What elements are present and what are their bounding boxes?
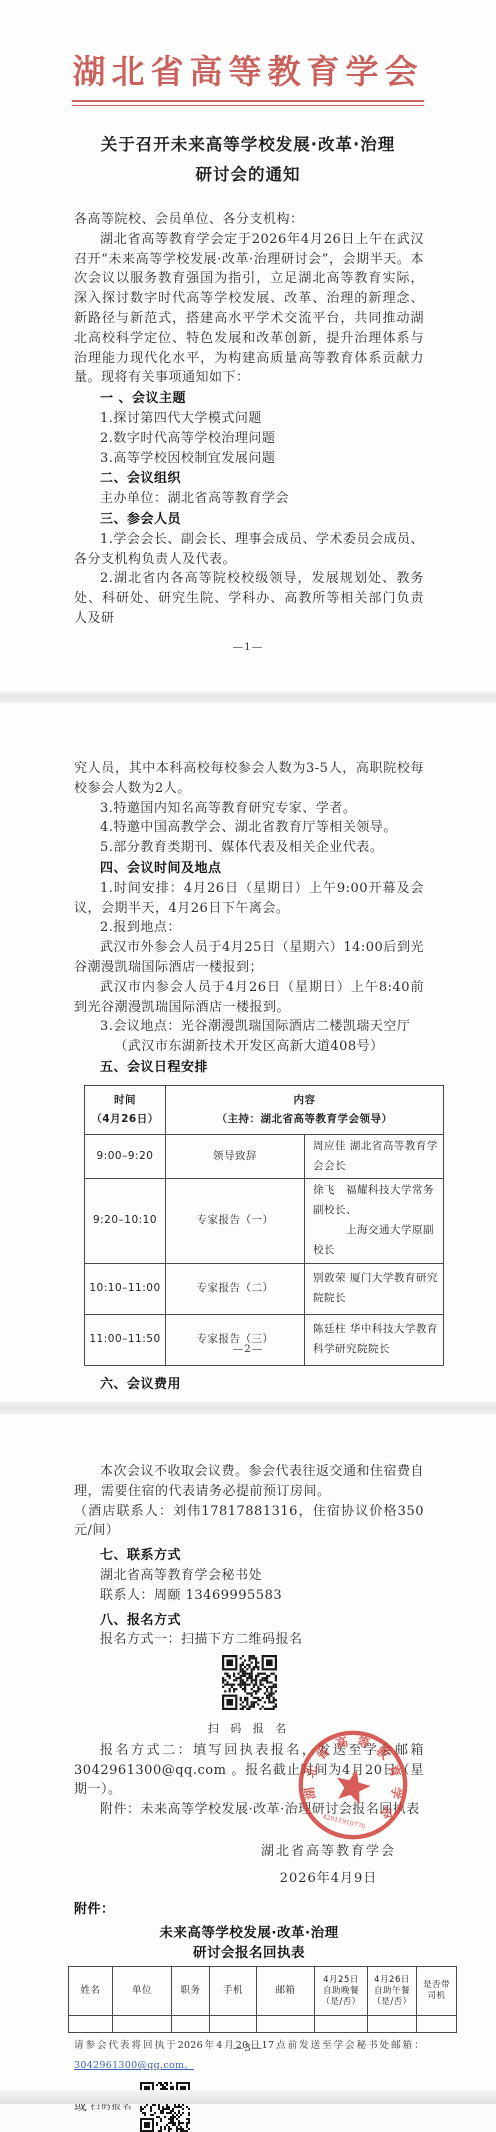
section4-item: 武汉市内参会人员于4月26日（星期日）上午8:40前到光谷潮漫凯瑞国际酒店一楼报…	[74, 978, 424, 1018]
schedule-header-time: 时间 （4月26日）	[85, 1085, 166, 1134]
schedule-row: 9:00–9:20 领导致辞 周应佳 湖北省高等教育学会会长	[85, 1134, 444, 1179]
scanned-notice-document: { "colors": { "masthead_red": "#c9605c",…	[0, 0, 496, 2104]
schedule-item: 专家报告（三）	[166, 1314, 305, 1365]
attachment-label: 附件：	[74, 1900, 424, 1920]
section3-item: 4.特邀中国高教学会、湖北省教育厅等相关领导。	[74, 818, 424, 838]
page-number-2: —2—	[0, 1343, 496, 1355]
schedule-speaker: 徐飞 福耀科技大学常务副校长、 上海交通大学原副校长	[305, 1179, 444, 1263]
attachment-title-line2: 研讨会报名回执表	[74, 1943, 424, 1963]
section4-item: 1.时间安排：4月26日（星期日）上午9:00开幕及会议，会期半天，4月26日下…	[74, 879, 424, 919]
reply-cell	[69, 2016, 113, 2033]
section3-item: 1.学会会长、副会长、理事会成员、学术委员会成员、各分支机构负责人及代表。	[74, 530, 424, 570]
reply-cell	[315, 2016, 368, 2033]
schedule-row: 11:00–11:50 专家报告（三） 陈廷柱 华中科技大学教育科学研究院院长	[85, 1314, 444, 1365]
intro-paragraph: 湖北省高等教育学会定于2026年4月26日上午在武汉召开“未来高等学校发展·改革…	[74, 230, 424, 388]
schedule-item: 专家报告（一）	[166, 1179, 305, 1263]
section1-item: 3.高等学校因校制宜发展问题	[74, 449, 424, 469]
signature-org: 湖北省高等教育学会	[261, 1842, 396, 1862]
reply-cell	[257, 2016, 315, 2033]
section6-heading: 六、会议费用	[74, 1375, 424, 1395]
section4-address: （武汉市东湖新技术开发区高新大道408号）	[74, 1037, 424, 1057]
reply-cell	[210, 2016, 257, 2033]
page3-body: 本次会议不收取会议费。参会代表往返交通和住宿费自理，需要住宿的代表请务必提前预订…	[74, 1462, 424, 2132]
schedule-item: 领导致辞	[166, 1134, 305, 1179]
schedule-time: 9:20–10:10	[85, 1179, 166, 1263]
section3-item: 5.部分教育类期刊、媒体代表及相关企业代表。	[74, 838, 424, 858]
signature-block: 湖北省高等教育学会 2026年4月9日	[74, 1842, 396, 1889]
signup-method1: 报名方式一：扫描下方二维码报名	[74, 1630, 424, 1650]
qr-code	[222, 1655, 277, 1710]
schedule-speaker: 陈廷柱 华中科技大学教育科学研究院院长	[305, 1314, 444, 1365]
page-1: 湖北省高等教育学会 关于召开未来高等学校发展·改革·治理 研讨会的通知 各高等院…	[0, 0, 496, 691]
section4-item: 3.会议地点：光谷潮漫凯瑞国际酒店二楼凯瑞天空厅	[74, 1017, 424, 1037]
section7-heading: 七、联系方式	[74, 1546, 424, 1566]
page-2: 究人员，其中本科高校每校参会人数为3-5人，高职院校每校参会人数为2人。 3.特…	[0, 703, 496, 1402]
scan-edge-shadow	[0, 2090, 496, 2104]
reply-header-row: 姓名 单位 职务 手机 邮箱 4月25日 自助晚餐 （是/否） 4月26日 自助…	[69, 1967, 457, 2016]
schedule-item: 专家报告（二）	[166, 1263, 305, 1314]
schedule-speaker: 别敦荣 厦门大学教育研究院院长	[305, 1263, 444, 1314]
reply-header-lunch: 4月26日 自助午餐 （是/否）	[368, 1967, 417, 2016]
signup-method2: 报名方式二：填写回执表报名，发送至学会邮箱3042961300@qq.com 。…	[74, 1741, 424, 1800]
contact-person: 联系人：周颐 13469995583	[74, 1586, 424, 1606]
schedule-time: 9:00–9:20	[85, 1134, 166, 1179]
page1-body: 各高等院校、会员单位、各分支机构： 湖北省高等教育学会定于2026年4月26日上…	[74, 210, 424, 629]
schedule-row: 9:20–10:10 专家报告（一） 徐飞 福耀科技大学常务副校长、 上海交通大…	[85, 1179, 444, 1263]
salutation: 各高等院校、会员单位、各分支机构：	[74, 210, 424, 230]
signature-date: 2026年4月9日	[261, 1869, 396, 1889]
notice-title: 关于召开未来高等学校发展·改革·治理 研讨会的通知	[0, 130, 496, 190]
fees-paragraph: 本次会议不收取会议费。参会代表往返交通和住宿费自理，需要住宿的代表请务必提前预订…	[74, 1462, 424, 1502]
reply-header-name: 姓名	[69, 1967, 113, 2016]
reply-cell	[113, 2016, 172, 2033]
page2-body: 究人员，其中本科高校每校参会人数为3-5人，高职院校每校参会人数为2人。 3.特…	[74, 759, 424, 1394]
section1-heading: 一 、会议主题	[74, 389, 424, 409]
section3-item-part1: 2.湖北省内各高等院校校级领导，发展规划处、教务处、科研处、研究生院、学科办、高…	[74, 569, 424, 628]
page-3: 本次会议不收取会议费。参会代表往返交通和住宿费自理，需要住宿的代表请务必提前预订…	[0, 1414, 496, 2090]
schedule-table: 时间 （4月26日） 内容 （主持：湖北省高等教育学会领导） 9:00–9:20…	[84, 1085, 444, 1366]
reply-cell	[172, 2016, 210, 2033]
section1-item: 1.探讨第四代大学模式问题	[74, 409, 424, 429]
page-separator	[0, 1402, 496, 1414]
hotel-note: （酒店联系人：刘伟17817881316，住宿协议价格350元/间）	[74, 1502, 424, 1542]
reply-empty-row	[69, 2016, 457, 2033]
contact-office: 湖北省高等教育学会秘书处	[74, 1566, 424, 1586]
notice-title-line1: 关于召开未来高等学校发展·改革·治理	[0, 130, 496, 160]
qr-label: 扫 码 报 名	[74, 1719, 424, 1739]
signup-qr-block: 扫 码 报 名	[74, 1655, 424, 1739]
section3-item: 3.特邀国内知名高等教育研究专家、学者。	[74, 799, 424, 819]
section3-heading: 三、参会人员	[74, 510, 424, 530]
masthead-org-name: 湖北省高等教育学会	[0, 0, 496, 93]
schedule-speaker: 周应佳 湖北省高等教育学会会长	[305, 1134, 444, 1179]
reply-cell	[417, 2016, 457, 2033]
page-number-3: —3—	[0, 2042, 496, 2054]
page-number-1: —1—	[0, 641, 496, 653]
section4-item: 武汉市外参会人员于4月25日（星期六）14:00后到光谷潮漫凯瑞国际酒店一楼报到…	[74, 938, 424, 978]
reply-header-driver: 是否带 司机	[417, 1967, 457, 2016]
page-separator	[0, 691, 496, 703]
attachment-title: 未来高等学校发展·改革·治理 研讨会报名回执表	[74, 1923, 424, 1963]
reply-header-position: 职务	[172, 1967, 210, 2016]
schedule-time: 11:00–11:50	[85, 1314, 166, 1365]
email-link[interactable]: 3042961300@qq.com。	[74, 2060, 194, 2071]
reply-header-unit: 单位	[113, 1967, 172, 2016]
section8-heading: 八、报名方式	[74, 1611, 424, 1631]
schedule-row: 10:10–11:00 专家报告（二） 别敦荣 厦门大学教育研究院院长	[85, 1263, 444, 1314]
notice-title-line2: 研讨会的通知	[0, 160, 496, 190]
schedule-header-row: 时间 （4月26日） 内容 （主持：湖北省高等教育学会领导）	[85, 1085, 444, 1134]
section2-heading: 二、会议组织	[74, 469, 424, 489]
section1-item: 2.数字时代高等学校治理问题	[74, 429, 424, 449]
schedule-header-content: 内容 （主持：湖北省高等教育学会领导）	[166, 1085, 444, 1134]
attachment-reference: 附件：未来高等学校发展·改革·治理研讨会报名回执表	[74, 1800, 424, 1820]
attachment-title-line1: 未来高等学校发展·改革·治理	[74, 1923, 424, 1943]
reply-header-email: 邮箱	[257, 1967, 315, 2016]
reply-form-table: 姓名 单位 职务 手机 邮箱 4月25日 自助晚餐 （是/否） 4月26日 自助…	[68, 1966, 457, 2033]
section2-host: 主办单位：湖北省高等教育学会	[74, 489, 424, 509]
section4-item: 2.报到地点：	[74, 918, 424, 938]
reply-header-dinner: 4月25日 自助晚餐 （是/否）	[315, 1967, 368, 2016]
section4-heading: 四、会议时间及地点	[74, 859, 424, 879]
schedule-time: 10:10–11:00	[85, 1263, 166, 1314]
section3-item-part2: 究人员，其中本科高校每校参会人数为3-5人，高职院校每校参会人数为2人。	[74, 759, 424, 799]
reply-header-phone: 手机	[210, 1967, 257, 2016]
section5-heading: 五、会议日程安排	[74, 1058, 424, 1078]
reply-cell	[368, 2016, 417, 2033]
masthead-double-rule	[72, 100, 424, 106]
